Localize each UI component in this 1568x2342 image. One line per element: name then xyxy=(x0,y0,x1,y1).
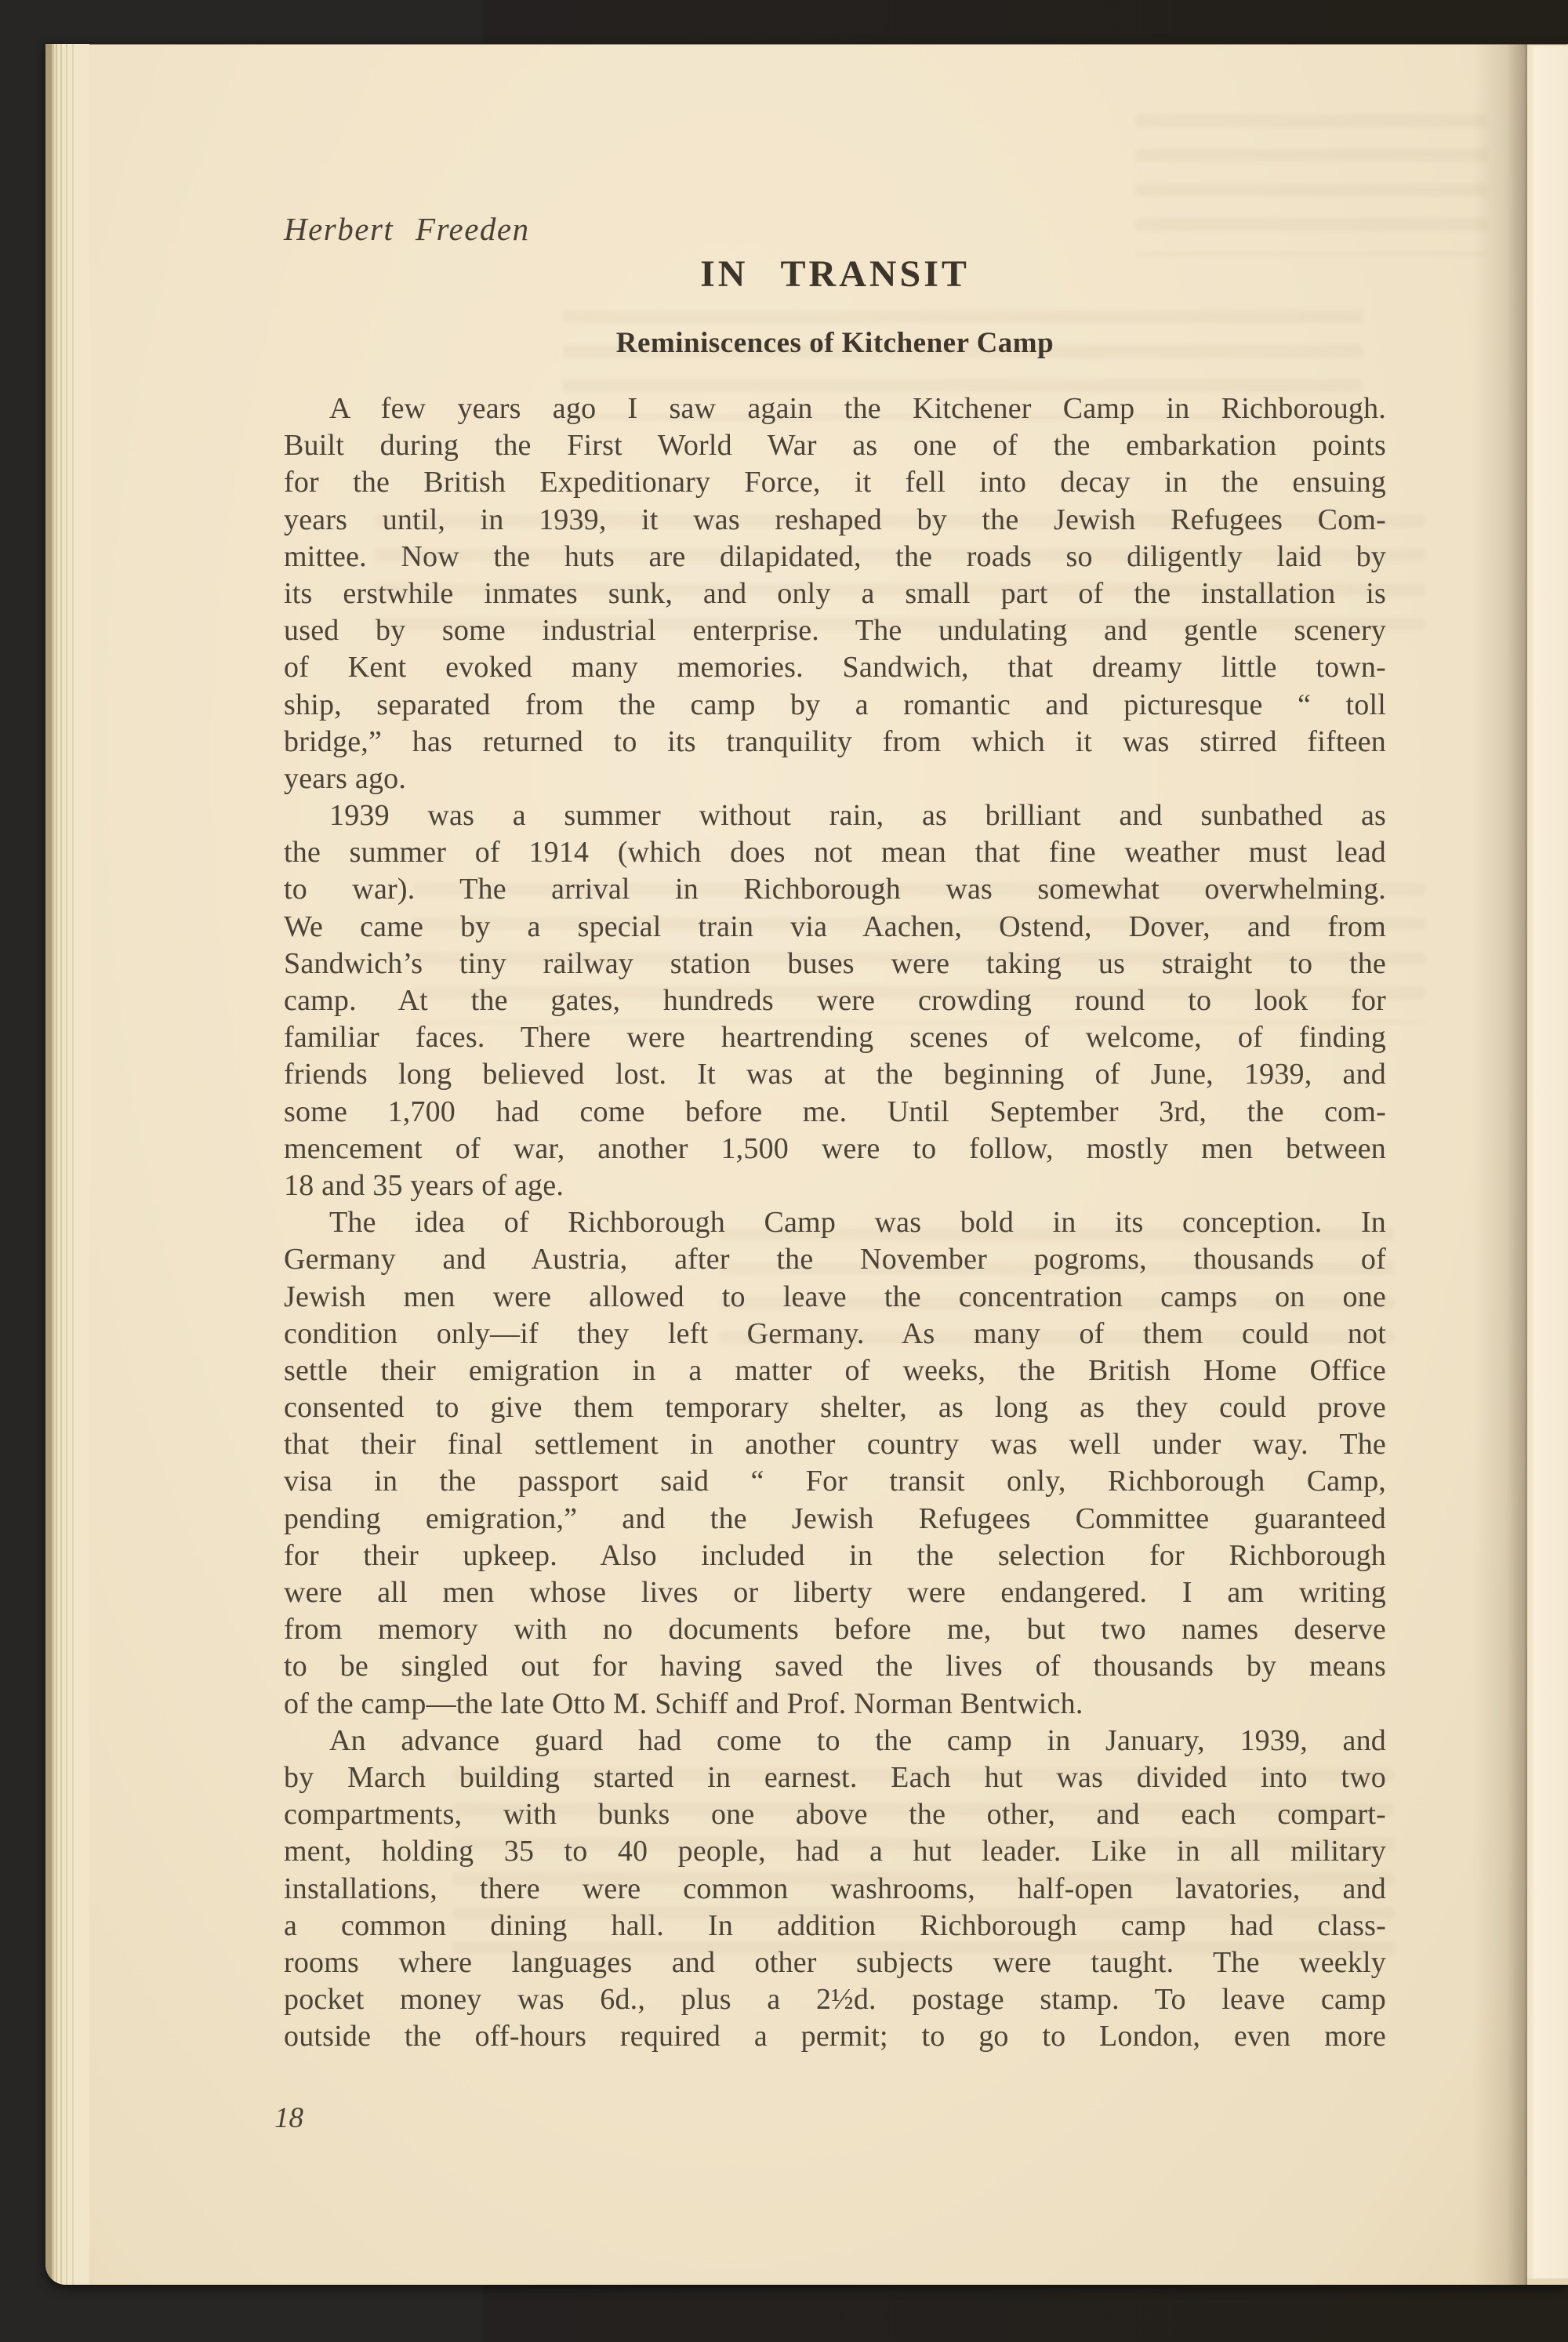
body-line: by March building started in earnest. Ea… xyxy=(284,1759,1386,1796)
body-line: 1939 was a summer without rain, as brill… xyxy=(284,797,1386,834)
body-line: friends long believed lost. It was at th… xyxy=(284,1056,1386,1093)
page-number: 18 xyxy=(274,2101,303,2135)
body-line: for the British Expeditionary Force, it … xyxy=(284,464,1386,501)
body-line: condition only—if they left Germany. As … xyxy=(284,1316,1386,1353)
page-edge-stack xyxy=(45,44,89,2285)
body-line: camp. At the gates, hundreds were crowdi… xyxy=(284,982,1386,1019)
body-line: A few years ago I saw again the Kitchene… xyxy=(284,390,1386,427)
body-line: Germany and Austria, after the November … xyxy=(284,1241,1386,1278)
body-line: settle their emigration in a matter of w… xyxy=(284,1353,1386,1389)
body-line: 18 and 35 years of age. xyxy=(284,1167,1386,1204)
body-line: to war). The arrival in Richborough was … xyxy=(284,871,1386,908)
body-line: the summer of 1914 (which does not mean … xyxy=(284,834,1386,871)
body-line: rooms where languages and other subjects… xyxy=(284,1944,1386,1981)
article-subtitle: Reminiscences of Kitchener Camp xyxy=(284,326,1386,360)
body-line: years until, in 1939, it was reshaped by… xyxy=(284,502,1386,539)
body-text: A few years ago I saw again the Kitchene… xyxy=(284,390,1386,2055)
body-line: used by some industrial enterprise. The … xyxy=(284,612,1386,649)
adjacent-page-edge xyxy=(1527,46,1568,2278)
body-line: Jewish men were allowed to leave the con… xyxy=(284,1279,1386,1316)
body-line: for their upkeep. Also included in the s… xyxy=(284,1538,1386,1574)
body-line: some 1,700 had come before me. Until Sep… xyxy=(284,1094,1386,1131)
body-line: Built during the First World War as one … xyxy=(284,427,1386,464)
body-line: familiar faces. There were heartrending … xyxy=(284,1019,1386,1056)
body-line: were all men whose lives or liberty were… xyxy=(284,1574,1386,1611)
scan-backdrop: Herbert Freeden IN TRANSIT Reminiscences… xyxy=(0,0,1568,2342)
body-line: installations, there were common washroo… xyxy=(284,1871,1386,1908)
body-line: its erstwhile inmates sunk, and only a s… xyxy=(284,576,1386,612)
body-line: consented to give them temporary shelter… xyxy=(284,1389,1386,1426)
body-line: pocket money was 6d., plus a 2½d. postag… xyxy=(284,1981,1386,2018)
body-line: bridge,” has returned to its tranquility… xyxy=(284,724,1386,761)
body-line: compartments, with bunks one above the o… xyxy=(284,1796,1386,1833)
body-line: We came by a special train via Aachen, O… xyxy=(284,909,1386,946)
body-line: ment, holding 35 to 40 people, had a hut… xyxy=(284,1833,1386,1870)
body-line: from memory with no documents before me,… xyxy=(284,1611,1386,1648)
body-line: The idea of Richborough Camp was bold in… xyxy=(284,1204,1386,1241)
gutter-fold-shadow xyxy=(1472,44,1527,2285)
body-line: to be singled out for having saved the l… xyxy=(284,1648,1386,1685)
body-line: Sandwich’s tiny railway station buses we… xyxy=(284,946,1386,982)
body-line: An advance guard had come to the camp in… xyxy=(284,1723,1386,1759)
body-line: of Kent evoked many memories. Sandwich, … xyxy=(284,649,1386,686)
body-line: that their final settlement in another c… xyxy=(284,1426,1386,1463)
body-line: of the camp—the late Otto M. Schiff and … xyxy=(284,1686,1386,1723)
body-line: visa in the passport said “ For transit … xyxy=(284,1463,1386,1500)
article-title: IN TRANSIT xyxy=(284,252,1386,296)
article-author: Herbert Freeden xyxy=(284,210,1386,248)
body-line: outside the off-hours required a permit;… xyxy=(284,2018,1386,2055)
book-page: Herbert Freeden IN TRANSIT Reminiscences… xyxy=(45,44,1568,2285)
body-line: mencement of war, another 1,500 were to … xyxy=(284,1131,1386,1167)
body-line: mittee. Now the huts are dilapidated, th… xyxy=(284,539,1386,576)
body-line: a common dining hall. In addition Richbo… xyxy=(284,1908,1386,1944)
body-line: pending emigration,” and the Jewish Refu… xyxy=(284,1501,1386,1538)
body-line: ship, separated from the camp by a roman… xyxy=(284,687,1386,724)
body-line: years ago. xyxy=(284,761,1386,797)
